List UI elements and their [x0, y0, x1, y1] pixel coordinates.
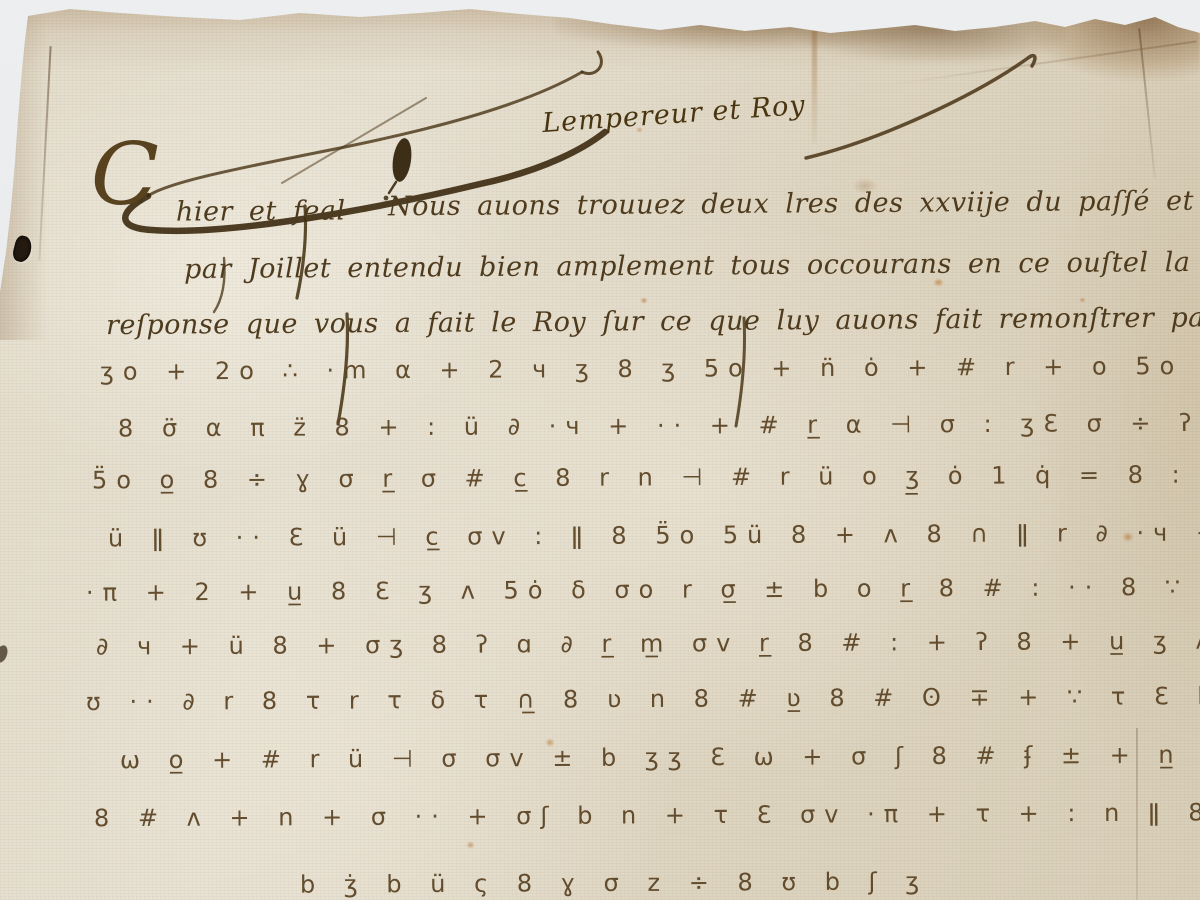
french-line-1: Nous auons trouuez deux lres des xxviije… [388, 185, 1200, 223]
cipher-line-4: ü ǁ ʊ ·· Ɛ ü ⊣ c̲ σv : ǁ 8 5̈o 5ü 8 + ʌ … [108, 518, 1200, 553]
cipher-line-8: ω o̲ + # r ü ⊣ σ σv ± b ʒʒ Ɛ ω + σ ʃ 8 #… [120, 740, 1200, 775]
cipher-line-6: ∂ ч + ü 8 + σʒ 8 ʔ ɑ ∂ r̲ m̲ σv r̲ 8 # :… [96, 625, 1200, 660]
rust-spot [466, 841, 475, 849]
top-right-corner-stain [1018, 0, 1200, 112]
cipher-line-9: 8 # ʌ + n + σ ·· + σʃ b n + τ Ɛ σv ·π + … [94, 798, 1200, 833]
salutation-text: hier et feal · [176, 195, 371, 227]
rust-spot [640, 297, 648, 304]
torn-left-edge-shade [0, 0, 48, 340]
header-title: Lempereur et Roy [541, 90, 806, 139]
french-line-3: reſponse que vous a fait le Roy ſur ce q… [106, 302, 1200, 341]
cipher-line-2: 8 σ̈ α π z̈ 8 + : ü ∂ ·ч + ·· + # r̲ α ⊣… [118, 407, 1200, 442]
manuscript-photo: Lempereur et Roy C hier et feal · Nous a… [0, 0, 1200, 900]
initial-capital: C [91, 132, 159, 218]
cipher-line-5: ·π + 2 + u̲ 8 Ɛ ʒ ʌ 5ȯ δ σo r σ̲ ± b o r… [86, 571, 1200, 606]
cipher-line-3: 5̈o o̲ 8 ÷ ɣ σ r̲ σ # c̲ 8 r n ⊣ # r ü o… [92, 460, 1200, 495]
manuscript-paper: Lempereur et Roy C hier et feal · Nous a… [0, 0, 1200, 900]
top-edge-stain [555, 5, 1065, 63]
french-line-2: par Joillet entendu bien amplement tous … [184, 246, 1200, 285]
cipher-line-1: ʒo + 2o ∴ ·m α + 2 ч ʒ 8 ʒ 5o + n̈ ȯ + #… [100, 350, 1200, 385]
cipher-line-7: ʊ ·· ∂ r 8 τ r τ δ τ ∩̲ 8 ʋ n 8 # ʋ̲ 8 #… [86, 682, 1200, 716]
rust-spot [1079, 297, 1086, 303]
cipher-line-10: b ʒ̇ b ü ς 8 ɣ σ z ÷ 8 ʊ b ʃ ʒ [300, 867, 928, 898]
left-edge-nick [0, 644, 10, 665]
ink-drip-stain [812, 26, 817, 144]
